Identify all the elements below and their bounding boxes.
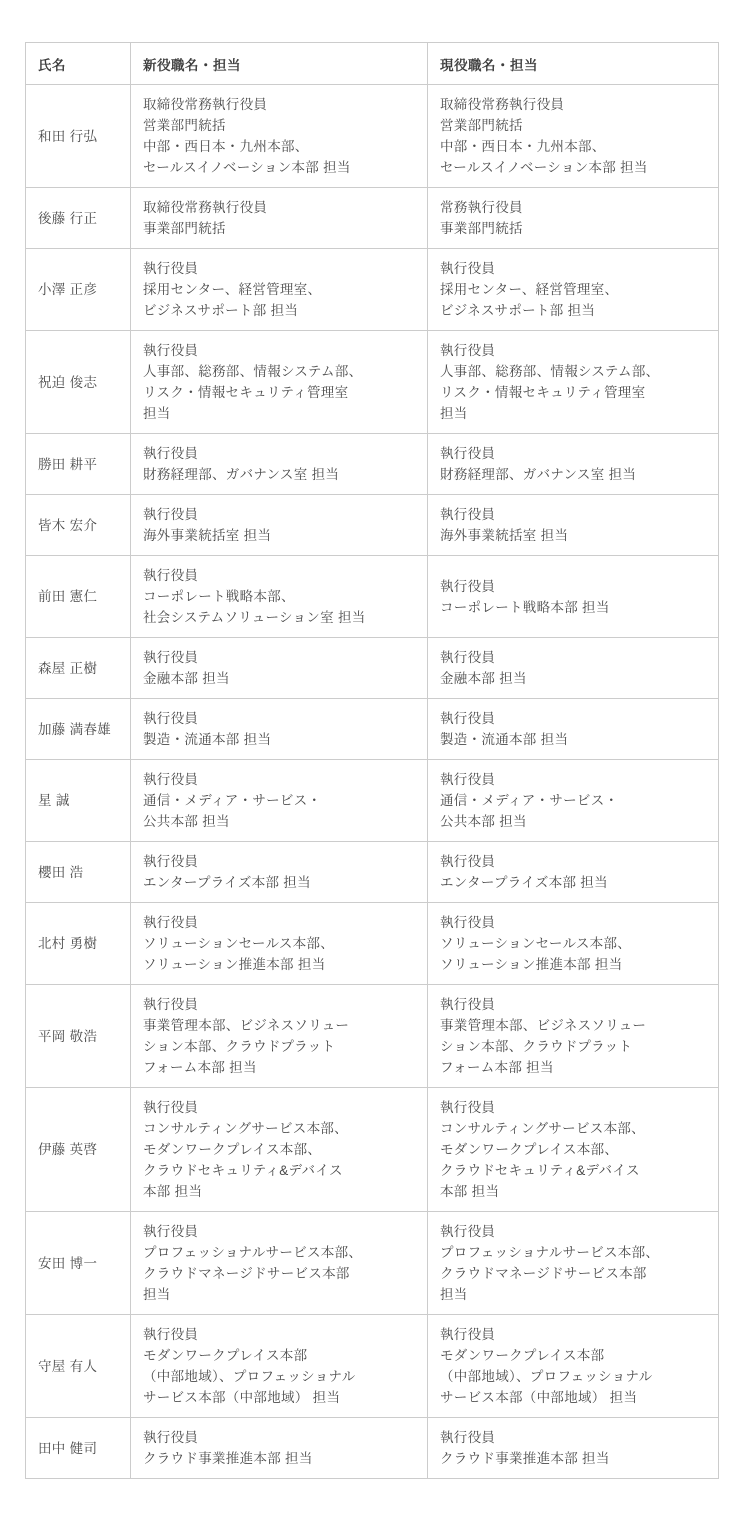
- position-line: 取締役常務執行役員: [440, 94, 706, 115]
- position-line: セールスイノベーション本部 担当: [143, 157, 415, 178]
- new-position-cell: 執行役員人事部、総務部、情報システム部、リスク・情報セキュリティ管理室担当: [131, 331, 428, 434]
- position-line: セールスイノベーション本部 担当: [440, 157, 706, 178]
- position-line: 海外事業統括室 担当: [143, 525, 415, 546]
- table-row: 田中 健司 執行役員クラウド事業推進本部 担当 執行役員クラウド事業推進本部 担…: [26, 1418, 719, 1479]
- position-line: 通信・メディア・サービス・: [143, 790, 415, 811]
- position-line: 事業管理本部、ビジネスソリュー: [440, 1015, 706, 1036]
- position-line: 事業部門統括: [440, 218, 706, 239]
- position-line: 中部・西日本・九州本部、: [440, 136, 706, 157]
- position-line: 金融本部 担当: [143, 668, 415, 689]
- position-line: 執行役員: [440, 912, 706, 933]
- position-line: 取締役常務執行役員: [143, 197, 415, 218]
- position-line: ソリューションセールス本部、: [440, 933, 706, 954]
- position-line: 執行役員: [143, 443, 415, 464]
- position-line: 執行役員: [143, 912, 415, 933]
- current-position-cell: 執行役員エンタープライズ本部 担当: [428, 842, 719, 903]
- current-position-cell: 取締役常務執行役員営業部門統括中部・西日本・九州本部、セールスイノベーション本部…: [428, 85, 719, 188]
- table-row: 守屋 有人 執行役員モダンワークプレイス本部（中部地域）、プロフェッショナルサー…: [26, 1315, 719, 1418]
- position-line: 製造・流通本部 担当: [143, 729, 415, 750]
- current-position-cell: 執行役員事業管理本部、ビジネスソリューション本部、クラウドプラットフォーム本部 …: [428, 985, 719, 1088]
- table-row: 安田 博一 執行役員プロフェッショナルサービス本部、クラウドマネージドサービス本…: [26, 1212, 719, 1315]
- new-position-cell: 取締役常務執行役員営業部門統括中部・西日本・九州本部、セールスイノベーション本部…: [131, 85, 428, 188]
- page: 氏名 新役職名・担当 現役職名・担当 和田 行弘 取締役常務執行役員営業部門統括…: [0, 0, 740, 1519]
- position-line: 中部・西日本・九州本部、: [143, 136, 415, 157]
- position-line: 担当: [143, 403, 415, 424]
- position-line: クラウドセキュリティ&デバイス: [143, 1160, 415, 1181]
- position-line: 事業管理本部、ビジネスソリュー: [143, 1015, 415, 1036]
- new-position-cell: 執行役員金融本部 担当: [131, 638, 428, 699]
- position-line: サービス本部（中部地域） 担当: [440, 1387, 706, 1408]
- position-line: 営業部門統括: [440, 115, 706, 136]
- position-line: 執行役員: [440, 1427, 706, 1448]
- current-position-cell: 執行役員採用センター、経営管理室、ビジネスサポート部 担当: [428, 249, 719, 331]
- position-line: 人事部、総務部、情報システム部、: [440, 361, 706, 382]
- position-line: 公共本部 担当: [143, 811, 415, 832]
- person-name-cell: 後藤 行正: [26, 188, 131, 249]
- position-line: コーポレート戦略本部、: [143, 586, 415, 607]
- position-line: コンサルティングサービス本部、: [440, 1118, 706, 1139]
- table-row: 後藤 行正 取締役常務執行役員事業部門統括 常務執行役員事業部門統括: [26, 188, 719, 249]
- position-line: 執行役員: [440, 504, 706, 525]
- current-position-cell: 常務執行役員事業部門統括: [428, 188, 719, 249]
- table-row: 伊藤 英啓 執行役員コンサルティングサービス本部、モダンワークプレイス本部、クラ…: [26, 1088, 719, 1212]
- current-position-cell: 執行役員プロフェッショナルサービス本部、クラウドマネージドサービス本部担当: [428, 1212, 719, 1315]
- position-line: クラウドマネージドサービス本部: [143, 1263, 415, 1284]
- new-position-cell: 執行役員コンサルティングサービス本部、モダンワークプレイス本部、クラウドセキュリ…: [131, 1088, 428, 1212]
- table-row: 小澤 正彦 執行役員採用センター、経営管理室、ビジネスサポート部 担当 執行役員…: [26, 249, 719, 331]
- position-line: 執行役員: [440, 258, 706, 279]
- position-line: 製造・流通本部 担当: [440, 729, 706, 750]
- person-name-cell: 森屋 正樹: [26, 638, 131, 699]
- position-line: 執行役員: [143, 565, 415, 586]
- position-line: 海外事業統括室 担当: [440, 525, 706, 546]
- position-line: エンタープライズ本部 担当: [440, 872, 706, 893]
- position-line: 担当: [143, 1284, 415, 1305]
- new-position-cell: 執行役員海外事業統括室 担当: [131, 495, 428, 556]
- new-position-cell: 執行役員モダンワークプレイス本部（中部地域）、プロフェッショナルサービス本部（中…: [131, 1315, 428, 1418]
- table-row: 和田 行弘 取締役常務執行役員営業部門統括中部・西日本・九州本部、セールスイノベ…: [26, 85, 719, 188]
- current-position-cell: 執行役員人事部、総務部、情報システム部、リスク・情報セキュリティ管理室担当: [428, 331, 719, 434]
- position-line: 通信・メディア・サービス・: [440, 790, 706, 811]
- position-line: 事業部門統括: [143, 218, 415, 239]
- position-line: エンタープライズ本部 担当: [143, 872, 415, 893]
- current-position-cell: 執行役員モダンワークプレイス本部（中部地域）、プロフェッショナルサービス本部（中…: [428, 1315, 719, 1418]
- position-line: （中部地域）、プロフェッショナル: [143, 1366, 415, 1387]
- new-position-cell: 執行役員通信・メディア・サービス・公共本部 担当: [131, 760, 428, 842]
- position-line: 本部 担当: [143, 1181, 415, 1202]
- position-line: ビジネスサポート部 担当: [440, 300, 706, 321]
- column-header-new-position: 新役職名・担当: [131, 43, 428, 85]
- person-name-cell: 小澤 正彦: [26, 249, 131, 331]
- new-position-cell: 執行役員コーポレート戦略本部、社会システムソリューション室 担当: [131, 556, 428, 638]
- position-line: コンサルティングサービス本部、: [143, 1118, 415, 1139]
- current-position-cell: 執行役員海外事業統括室 担当: [428, 495, 719, 556]
- position-line: ション本部、クラウドプラット: [143, 1036, 415, 1057]
- new-position-cell: 取締役常務執行役員事業部門統括: [131, 188, 428, 249]
- position-line: 執行役員: [143, 1427, 415, 1448]
- position-line: ビジネスサポート部 担当: [143, 300, 415, 321]
- person-name-cell: 櫻田 浩: [26, 842, 131, 903]
- position-line: 執行役員: [440, 1324, 706, 1345]
- position-line: 執行役員: [143, 258, 415, 279]
- person-name-cell: 伊藤 英啓: [26, 1088, 131, 1212]
- position-line: モダンワークプレイス本部: [143, 1345, 415, 1366]
- position-line: 執行役員: [440, 576, 706, 597]
- position-line: モダンワークプレイス本部: [440, 1345, 706, 1366]
- position-line: 取締役常務執行役員: [143, 94, 415, 115]
- position-line: フォーム本部 担当: [440, 1057, 706, 1078]
- position-line: 執行役員: [143, 769, 415, 790]
- table-row: 祝迫 俊志 執行役員人事部、総務部、情報システム部、リスク・情報セキュリティ管理…: [26, 331, 719, 434]
- new-position-cell: 執行役員財務経理部、ガバナンス室 担当: [131, 434, 428, 495]
- person-name-cell: 安田 博一: [26, 1212, 131, 1315]
- current-position-cell: 執行役員財務経理部、ガバナンス室 担当: [428, 434, 719, 495]
- table-row: 星 誠 執行役員通信・メディア・サービス・公共本部 担当 執行役員通信・メディア…: [26, 760, 719, 842]
- table-row: 皆木 宏介 執行役員海外事業統括室 担当 執行役員海外事業統括室 担当: [26, 495, 719, 556]
- position-line: 本部 担当: [440, 1181, 706, 1202]
- position-line: プロフェッショナルサービス本部、: [143, 1242, 415, 1263]
- position-line: 人事部、総務部、情報システム部、: [143, 361, 415, 382]
- column-header-name: 氏名: [26, 43, 131, 85]
- position-line: 執行役員: [143, 647, 415, 668]
- position-line: 担当: [440, 403, 706, 424]
- table-row: 森屋 正樹 執行役員金融本部 担当 執行役員金融本部 担当: [26, 638, 719, 699]
- position-line: 執行役員: [143, 1324, 415, 1345]
- position-line: 採用センター、経営管理室、: [143, 279, 415, 300]
- position-line: 執行役員: [440, 851, 706, 872]
- position-line: 執行役員: [143, 994, 415, 1015]
- position-line: ション本部、クラウドプラット: [440, 1036, 706, 1057]
- new-position-cell: 執行役員クラウド事業推進本部 担当: [131, 1418, 428, 1479]
- position-line: 執行役員: [143, 504, 415, 525]
- position-line: ソリューションセールス本部、: [143, 933, 415, 954]
- table-row: 前田 憲仁 執行役員コーポレート戦略本部、社会システムソリューション室 担当 執…: [26, 556, 719, 638]
- current-position-cell: 執行役員ソリューションセールス本部、ソリューション推進本部 担当: [428, 903, 719, 985]
- current-position-cell: 執行役員製造・流通本部 担当: [428, 699, 719, 760]
- position-line: 財務経理部、ガバナンス室 担当: [143, 464, 415, 485]
- position-line: 常務執行役員: [440, 197, 706, 218]
- position-line: 執行役員: [143, 851, 415, 872]
- position-line: モダンワークプレイス本部、: [143, 1139, 415, 1160]
- executive-positions-table: 氏名 新役職名・担当 現役職名・担当 和田 行弘 取締役常務執行役員営業部門統括…: [25, 42, 719, 1479]
- current-position-cell: 執行役員通信・メディア・サービス・公共本部 担当: [428, 760, 719, 842]
- position-line: 採用センター、経営管理室、: [440, 279, 706, 300]
- position-line: クラウド事業推進本部 担当: [143, 1448, 415, 1469]
- position-line: 執行役員: [440, 1221, 706, 1242]
- position-line: 執行役員: [143, 1221, 415, 1242]
- position-line: （中部地域）、プロフェッショナル: [440, 1366, 706, 1387]
- position-line: 財務経理部、ガバナンス室 担当: [440, 464, 706, 485]
- column-header-current-position: 現役職名・担当: [428, 43, 719, 85]
- position-line: 執行役員: [440, 647, 706, 668]
- current-position-cell: 執行役員コーポレート戦略本部 担当: [428, 556, 719, 638]
- person-name-cell: 皆木 宏介: [26, 495, 131, 556]
- position-line: コーポレート戦略本部 担当: [440, 597, 706, 618]
- person-name-cell: 祝迫 俊志: [26, 331, 131, 434]
- position-line: クラウドマネージドサービス本部: [440, 1263, 706, 1284]
- header-row: 氏名 新役職名・担当 現役職名・担当: [26, 43, 719, 85]
- position-line: クラウド事業推進本部 担当: [440, 1448, 706, 1469]
- new-position-cell: 執行役員エンタープライズ本部 担当: [131, 842, 428, 903]
- position-line: 執行役員: [440, 443, 706, 464]
- table-row: 勝田 耕平 執行役員財務経理部、ガバナンス室 担当 執行役員財務経理部、ガバナン…: [26, 434, 719, 495]
- new-position-cell: 執行役員事業管理本部、ビジネスソリューション本部、クラウドプラットフォーム本部 …: [131, 985, 428, 1088]
- person-name-cell: 和田 行弘: [26, 85, 131, 188]
- table-row: 櫻田 浩 執行役員エンタープライズ本部 担当 執行役員エンタープライズ本部 担当: [26, 842, 719, 903]
- position-line: リスク・情報セキュリティ管理室: [440, 382, 706, 403]
- position-line: 執行役員: [440, 1097, 706, 1118]
- position-line: ソリューション推進本部 担当: [143, 954, 415, 975]
- position-line: 執行役員: [143, 708, 415, 729]
- new-position-cell: 執行役員ソリューションセールス本部、ソリューション推進本部 担当: [131, 903, 428, 985]
- position-line: ソリューション推進本部 担当: [440, 954, 706, 975]
- position-line: 営業部門統括: [143, 115, 415, 136]
- person-name-cell: 加藤 満春雄: [26, 699, 131, 760]
- person-name-cell: 勝田 耕平: [26, 434, 131, 495]
- position-line: 執行役員: [440, 769, 706, 790]
- position-line: リスク・情報セキュリティ管理室: [143, 382, 415, 403]
- person-name-cell: 前田 憲仁: [26, 556, 131, 638]
- person-name-cell: 星 誠: [26, 760, 131, 842]
- executive-table-container: 氏名 新役職名・担当 現役職名・担当 和田 行弘 取締役常務執行役員営業部門統括…: [0, 0, 740, 1519]
- table-header: 氏名 新役職名・担当 現役職名・担当: [26, 43, 719, 85]
- position-line: 執行役員: [143, 340, 415, 361]
- position-line: 金融本部 担当: [440, 668, 706, 689]
- new-position-cell: 執行役員採用センター、経営管理室、ビジネスサポート部 担当: [131, 249, 428, 331]
- position-line: クラウドセキュリティ&デバイス: [440, 1160, 706, 1181]
- person-name-cell: 北村 勇樹: [26, 903, 131, 985]
- person-name-cell: 田中 健司: [26, 1418, 131, 1479]
- position-line: サービス本部（中部地域） 担当: [143, 1387, 415, 1408]
- table-row: 加藤 満春雄 執行役員製造・流通本部 担当 執行役員製造・流通本部 担当: [26, 699, 719, 760]
- current-position-cell: 執行役員金融本部 担当: [428, 638, 719, 699]
- position-line: 担当: [440, 1284, 706, 1305]
- position-line: 執行役員: [440, 994, 706, 1015]
- position-line: 執行役員: [143, 1097, 415, 1118]
- position-line: フォーム本部 担当: [143, 1057, 415, 1078]
- table-row: 平岡 敬浩 執行役員事業管理本部、ビジネスソリューション本部、クラウドプラットフ…: [26, 985, 719, 1088]
- position-line: 執行役員: [440, 340, 706, 361]
- position-line: 社会システムソリューション室 担当: [143, 607, 415, 628]
- table-body: 和田 行弘 取締役常務執行役員営業部門統括中部・西日本・九州本部、セールスイノベ…: [26, 85, 719, 1479]
- person-name-cell: 守屋 有人: [26, 1315, 131, 1418]
- position-line: 公共本部 担当: [440, 811, 706, 832]
- current-position-cell: 執行役員クラウド事業推進本部 担当: [428, 1418, 719, 1479]
- current-position-cell: 執行役員コンサルティングサービス本部、モダンワークプレイス本部、クラウドセキュリ…: [428, 1088, 719, 1212]
- table-row: 北村 勇樹 執行役員ソリューションセールス本部、ソリューション推進本部 担当 執…: [26, 903, 719, 985]
- position-line: プロフェッショナルサービス本部、: [440, 1242, 706, 1263]
- position-line: モダンワークプレイス本部、: [440, 1139, 706, 1160]
- position-line: 執行役員: [440, 708, 706, 729]
- person-name-cell: 平岡 敬浩: [26, 985, 131, 1088]
- new-position-cell: 執行役員プロフェッショナルサービス本部、クラウドマネージドサービス本部担当: [131, 1212, 428, 1315]
- new-position-cell: 執行役員製造・流通本部 担当: [131, 699, 428, 760]
